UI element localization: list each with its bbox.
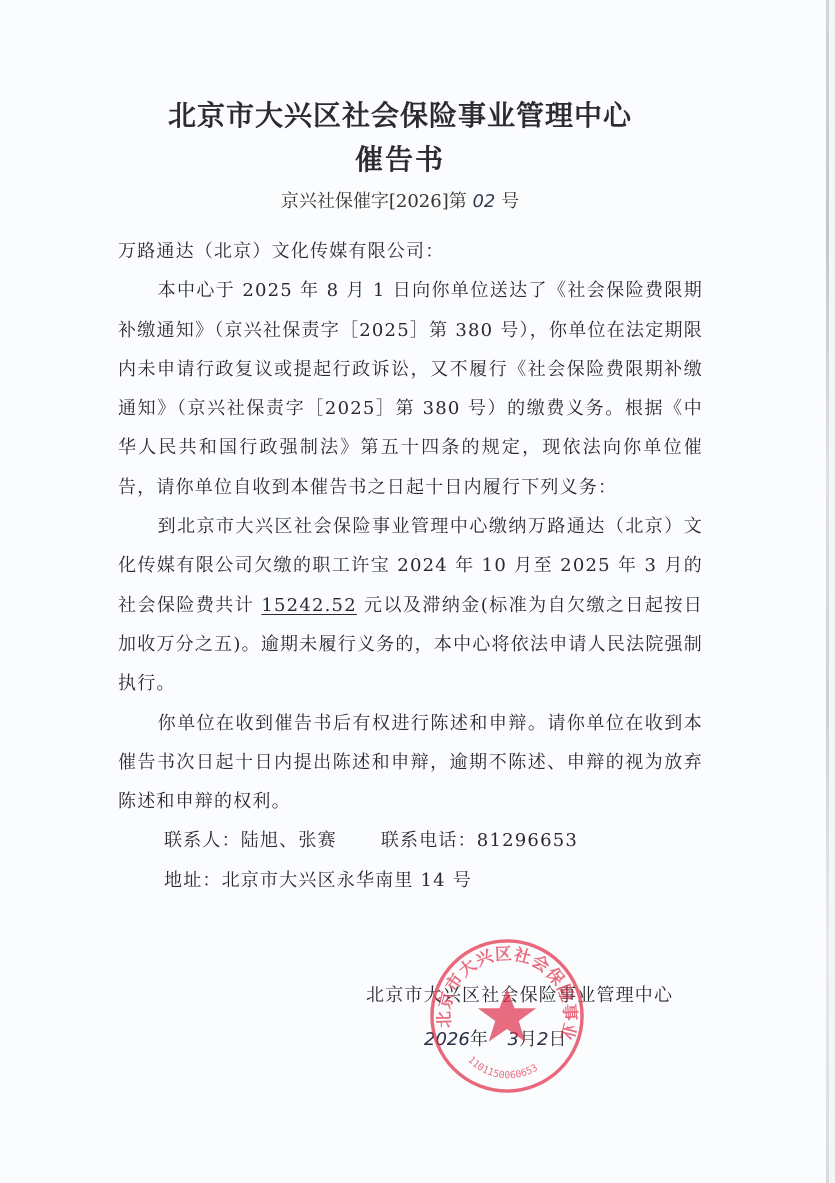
- paragraph-rights: 你单位在收到催告书后有权进行陈述和申辩。请你单位在收到本催告书次日起十日内提出陈…: [118, 704, 703, 822]
- date-month-label: 月: [519, 1029, 537, 1050]
- date-month: 3: [508, 1029, 519, 1050]
- paragraph-obligation: 到北京市大兴区社会保险事业管理中心缴纳万路通达（北京）文化传媒有限公司欠缴的职工…: [118, 507, 703, 703]
- contact-person: 联系人：陆旭、张赛: [164, 830, 337, 851]
- doc-number-handwritten: 02: [472, 191, 495, 212]
- doc-number-prefix: 京兴社保催字[2026]第: [281, 191, 467, 212]
- issue-date: 2026年 3月2日: [424, 1026, 566, 1054]
- document-body: 万路通达（北京）文化传媒有限公司： 本中心于 2025 年 8 月 1 日向你单…: [118, 232, 703, 900]
- date-day-label: 日: [548, 1029, 566, 1050]
- issuer-name: 北京市大兴区社会保险事业管理中心: [366, 982, 673, 1010]
- amount-due: 15242.52: [261, 595, 357, 616]
- recipient: 万路通达（北京）文化传媒有限公司：: [118, 232, 703, 271]
- svg-text:1101150060653: 1101150060653: [465, 1055, 539, 1082]
- contact-phone: 联系电话：81296653: [381, 830, 578, 851]
- date-day: 2: [537, 1029, 548, 1050]
- doc-number-suffix: 号: [501, 191, 519, 212]
- document-title: 北京市大兴区社会保险事业管理中心: [0, 96, 800, 136]
- paragraph-notice: 本中心于 2025 年 8 月 1 日向你单位送达了《社会保险费限期补缴通知》（…: [118, 271, 703, 507]
- document-number: 京兴社保催字[2026]第 02 号: [0, 188, 800, 216]
- document-subtitle: 催告书: [0, 140, 800, 180]
- date-year: 2026: [424, 1029, 470, 1050]
- scan-margin: [829, 0, 835, 1183]
- scan-edge-line: [826, 0, 829, 1183]
- address: 地址：北京市大兴区永华南里 14 号: [118, 861, 703, 900]
- official-seal-stamp: 北京市大兴区社会保险事业管理中心 1101150060653: [428, 937, 586, 1095]
- date-year-label: 年: [470, 1029, 488, 1050]
- contact-line: 联系人：陆旭、张赛联系电话：81296653: [118, 821, 703, 860]
